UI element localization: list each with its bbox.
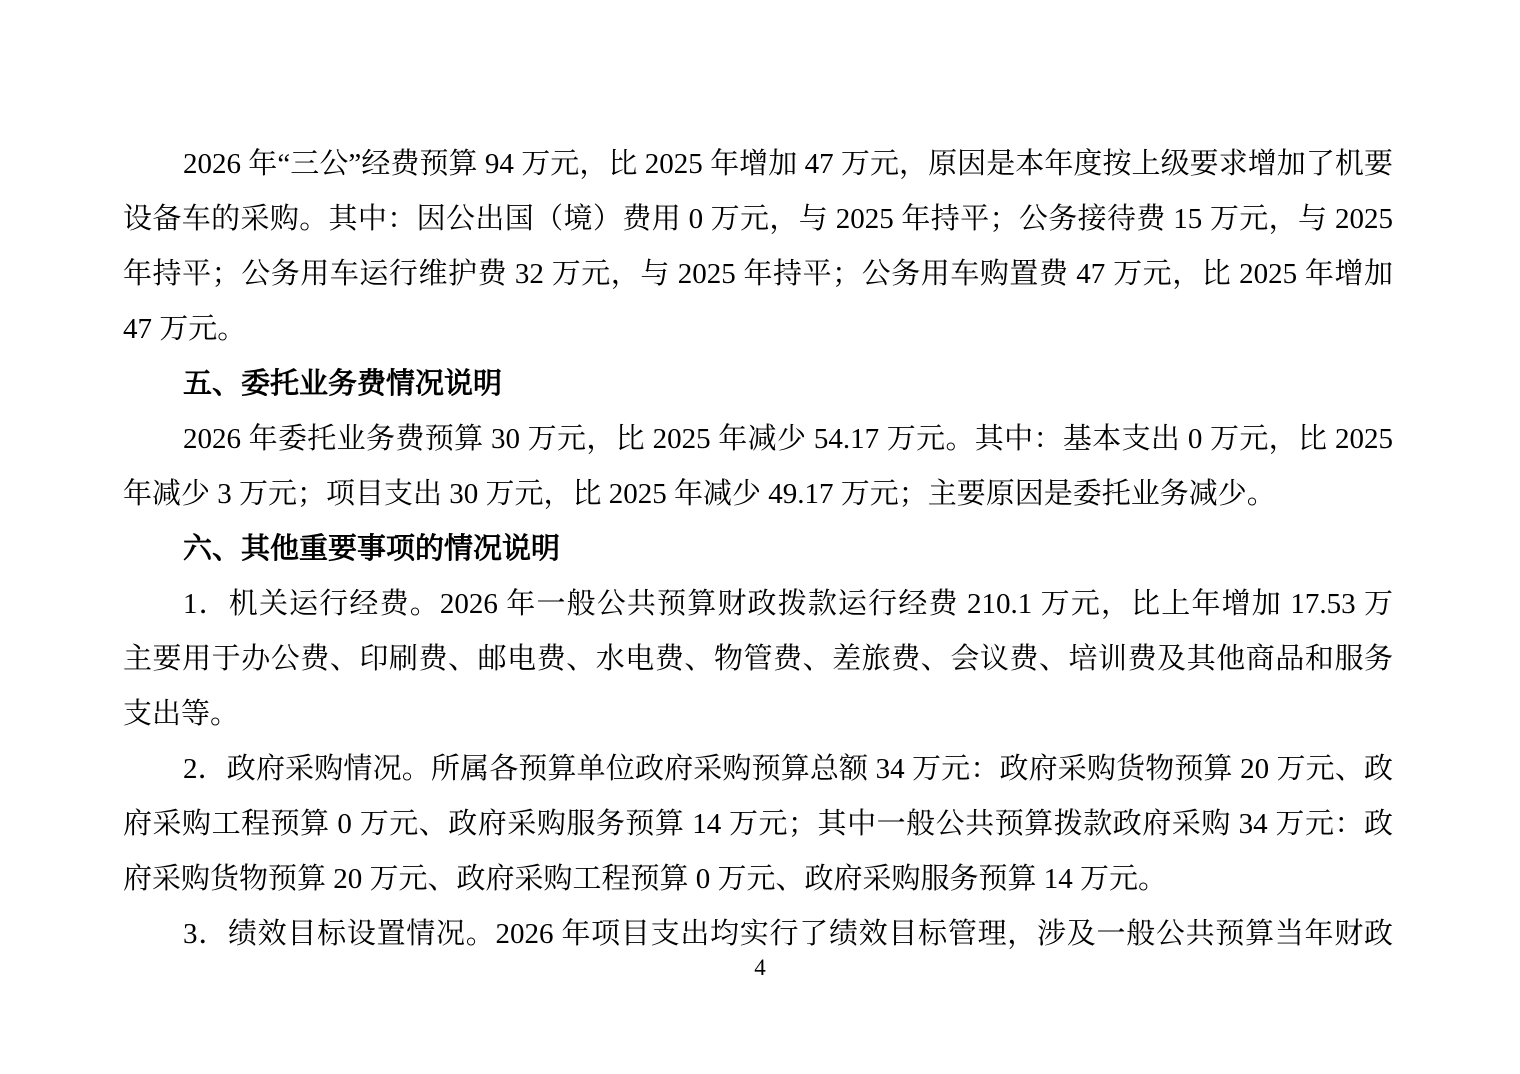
body-line: 府采购货物预算 20 万元、政府采购工程预算 0 万元、政府采购服务预算 14 … [123,852,1393,907]
document-page: 2026 年“三公”经费预算 94 万元，比 2025 年增加 47 万元，原因… [0,0,1520,1074]
body-line: 2．政府采购情况。所属各预算单位政府采购预算总额 34 万元：政府采购货物预算 … [123,742,1393,797]
body-line: 支出等。 [123,687,1393,742]
body-line: 主要用于办公费、印刷费、邮电费、水电费、物管费、差旅费、会议费、培训费及其他商品… [123,632,1393,687]
body-line: 2026 年委托业务费预算 30 万元，比 2025 年减少 54.17 万元。… [123,412,1393,467]
document-text-block: 2026 年“三公”经费预算 94 万元，比 2025 年增加 47 万元，原因… [123,137,1393,962]
body-line: 年持平；公务用车运行维护费 32 万元，与 2025 年持平；公务用车购置费 4… [123,247,1393,302]
body-line: 设备车的采购。其中：因公出国（境）费用 0 万元，与 2025 年持平；公务接待… [123,192,1393,247]
body-line: 府采购工程预算 0 万元、政府采购服务预算 14 万元；其中一般公共预算拨款政府… [123,797,1393,852]
body-line: 1．机关运行经费。2026 年一般公共预算财政拨款运行经费 210.1 万元，比… [123,577,1393,632]
section-heading-5: 五、委托业务费情况说明 [123,357,1393,412]
page-number: 4 [0,953,1520,983]
section-heading-6: 六、其他重要事项的情况说明 [123,522,1393,577]
body-line: 年减少 3 万元；项目支出 30 万元，比 2025 年减少 49.17 万元；… [123,467,1393,522]
body-line: 2026 年“三公”经费预算 94 万元，比 2025 年增加 47 万元，原因… [123,137,1393,192]
body-line: 47 万元。 [123,302,1393,357]
